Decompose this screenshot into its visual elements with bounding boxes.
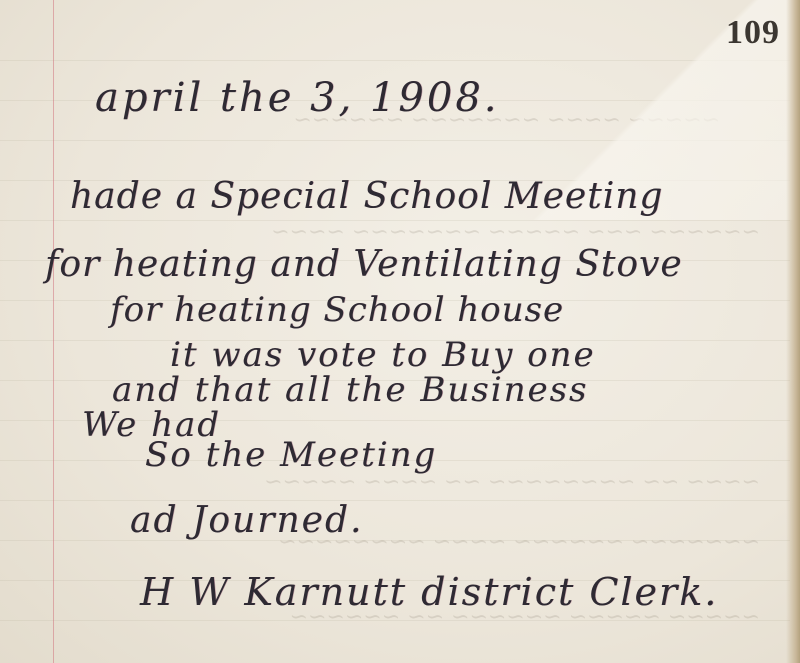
ruled-line (0, 140, 790, 141)
ruled-line (0, 500, 790, 501)
ruled-line (0, 220, 790, 221)
entry-line: So the Meeting (145, 435, 437, 475)
entry-line: for heating School house (110, 290, 564, 330)
entry-date: april the 3, 1908. (95, 75, 500, 121)
entry-line: and that all the Business (112, 370, 588, 410)
signature: H W Karnutt district Clerk. (140, 570, 718, 614)
ruled-line (0, 60, 790, 61)
entry-line: for heating and Ventilating Stove (45, 244, 683, 285)
ledger-page: ~~~~~ ~~~~ ~~~~~~~ ~~~~~~ ~~~~~~ ~~~ ~~~… (0, 0, 800, 663)
entry-line: ad Journed. (130, 500, 363, 541)
ruled-line (0, 540, 790, 541)
ruled-line (0, 620, 790, 621)
entry-line: hade a Special School Meeting (70, 176, 663, 217)
margin-line (53, 0, 54, 663)
page-number: 109 (726, 14, 780, 52)
entry-line: it was vote to Buy one (170, 335, 596, 375)
page-edge (786, 0, 800, 663)
bleed-through: ~~~~~~ ~~~ ~~~~~ ~~~~~~~ ~~~~ (60, 220, 760, 245)
